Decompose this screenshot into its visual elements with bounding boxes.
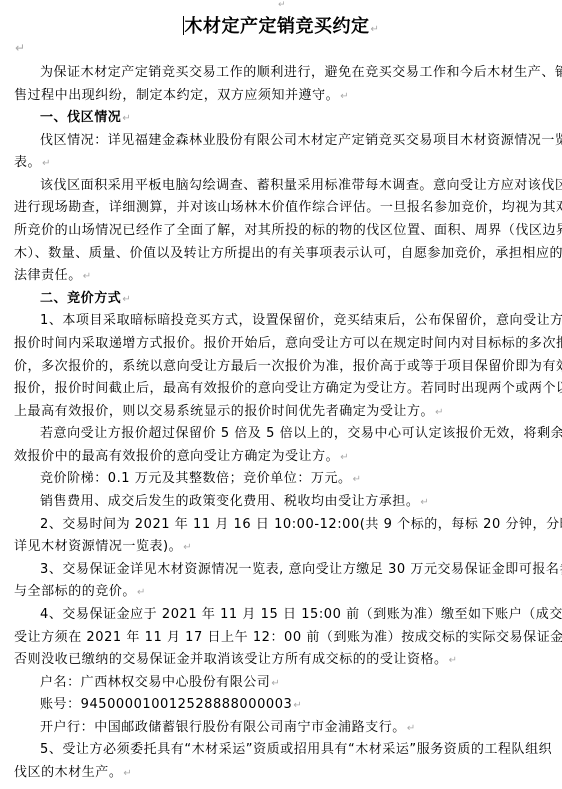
text-line[interactable]: 销售费用、成交后发生的政策变化费用、税收均由受让方承担。↵	[40, 493, 548, 512]
text-line[interactable]: 表。↵	[14, 154, 548, 173]
paragraph-mark-icon: ↵	[293, 700, 302, 711]
paragraph-mark-icon: ↵	[278, 0, 286, 10]
paragraph-mark-icon: ↵	[271, 678, 280, 689]
text-line[interactable]: 开户行：中国邮政储蓄银行股份有限公司南宁市金浦路支行。↵	[40, 719, 548, 738]
text-line[interactable]: 效报价中的最高有效报价的意向受让方确定为受让方。↵	[14, 448, 548, 467]
line-text: 该伐区面积采用平板电脑勾绘调查、蓄积量采用标准带每木调查。意向受让方应对该伐区	[40, 178, 562, 193]
section-heading[interactable]: 一、伐区情况↵	[40, 109, 548, 128]
line-text: 销售费用、成交后发生的政策变化费用、税收均由受让方承担。	[40, 494, 419, 509]
text-line[interactable]: 3、交易保证金详见木材资源情况一览表, 意向受让方缴足 30 万元交易保证金即可…	[40, 561, 548, 579]
line-text: 户名：广西林权交易中心股份有限公司	[40, 675, 270, 690]
line-text: 报价时间内采取递增方式报价。报价开始后，意向受让方可以在规定时间内对目标标的多次…	[14, 336, 562, 351]
line-text: 为保证木材定产定销竞买交易工作的顺利进行，避免在竞买交易工作和今后木材生产、销	[40, 65, 562, 80]
text-line[interactable]: 2、交易时间为 2021 年 11 月 16 日 10:00-12:00(共 9…	[40, 516, 548, 534]
text-line[interactable]: 受让方须在 2021 年 11 月 17 日上午 12：00 前（到账为准）按成…	[14, 629, 548, 647]
text-line[interactable]: 为保证木材定产定销竞买交易工作的顺利进行，避免在竞买交易工作和今后木材生产、销	[40, 64, 548, 82]
text-line[interactable]: 法律责任。↵	[14, 267, 548, 286]
text-line[interactable]: 伐区的木材生产。↵	[14, 764, 548, 783]
title-text: 木材定产定销竞买约定	[185, 16, 370, 37]
text-line[interactable]: 该伐区面积采用平板电脑勾绘调查、蓄积量采用标准带每木调查。意向受让方应对该伐区	[40, 177, 548, 195]
line-text: 价，多次报价的，系统以意向受让方最后一次报价为准，报价高于或等于项目保留价即为有…	[14, 359, 562, 374]
line-text: 若意向受让方报价超过保留价 5 倍及 5 倍以上的，交易中心可认定该报价无效，将…	[40, 426, 562, 441]
line-text: 一、伐区情况	[40, 110, 121, 125]
line-text: 法律责任。	[14, 268, 82, 283]
line-text: 进行现场勘查，详细测算，并对该山场林木价值作综合评估。一旦报名参加竞价，均视为其…	[14, 200, 562, 215]
line-text: 开户行：中国邮政储蓄银行股份有限公司南宁市金浦路支行。	[40, 720, 406, 735]
paragraph-mark-icon: ↵	[42, 158, 51, 169]
paragraph-mark-icon: ↵	[15, 41, 26, 55]
paragraph-mark-icon: ↵	[449, 655, 458, 666]
text-line[interactable]: 所竞价的山场情况已经作了全面了解，对其所投的标的物的伐区位置、面积、周界（伐区边…	[14, 222, 548, 240]
paragraph-mark-icon: ↵	[122, 294, 131, 305]
line-text: 报价，报价时间截止后，最高有效报价的意向受让方确定为受让方。若同时出现两个或两个…	[14, 381, 562, 396]
text-line[interactable]: 上最高有效报价，则以交易系统显示的报价时间优先者确定为受让方。↵	[14, 403, 548, 422]
text-line[interactable]: 报价，报价时间截止后，最高有效报价的意向受让方确定为受让方。若同时出现两个或两个…	[14, 380, 548, 398]
paragraph-mark-icon: ↵	[340, 452, 349, 463]
paragraph-mark-icon: ↵	[123, 768, 132, 779]
line-text: 3、交易保证金详见木材资源情况一览表, 意向受让方缴足 30 万元交易保证金即可…	[40, 562, 562, 577]
line-text: 上最高有效报价，则以交易系统显示的报价时间优先者确定为受让方。	[14, 404, 434, 419]
text-line[interactable]: 若意向受让方报价超过保留价 5 倍及 5 倍以上的，交易中心可认定该报价无效，将…	[40, 425, 548, 443]
document-page[interactable]: ↵ 木材定产定销竞买约定↵ ↵ 为保证木材定产定销竞买交易工作的顺利进行，避免在…	[0, 0, 562, 789]
text-line[interactable]: 否则没收已缴纳的交易保证金并取消该受让方所有成交标的的受让资格。↵	[14, 651, 548, 670]
text-line[interactable]: 木）、数量、质量、价值以及转让方所提出的有关事项表示认可，自愿参加竞价，承担相应…	[14, 245, 548, 263]
text-line[interactable]: 报价时间内采取递增方式报价。报价开始后，意向受让方可以在规定时间内对目标标的多次…	[14, 335, 548, 353]
line-text: 所竞价的山场情况已经作了全面了解，对其所投的标的物的伐区位置、面积、周界（伐区边…	[14, 223, 562, 238]
text-line[interactable]: 5、受让方必须委托具有“木材采运”资质或招用具有“木材采运”服务资质的工程队组织	[40, 741, 548, 759]
paragraph-mark-icon: ↵	[122, 113, 131, 124]
line-text: 木）、数量、质量、价值以及转让方所提出的有关事项表示认可，自愿参加竞价，承担相应…	[14, 246, 562, 261]
paragraph-mark-icon: ↵	[435, 407, 444, 418]
paragraph-mark-icon: ↵	[83, 271, 92, 282]
line-text: 否则没收已缴纳的交易保证金并取消该受让方所有成交标的的受让资格。	[14, 652, 448, 667]
line-text: 2、交易时间为 2021 年 11 月 16 日 10:00-12:00(共 9…	[40, 517, 562, 532]
text-line[interactable]: 4、交易保证金应于 2021 年 11 月 15 日 15:00 前（到账为准）…	[40, 606, 548, 624]
line-text: 1、本项目采取暗标暗投竞买方式，设置保留价，竞买结束后，公布保留价，意向受让方在	[40, 313, 562, 328]
text-line[interactable]: 详见木材资源情况一览表)。↵	[14, 538, 548, 557]
line-text: 账号：945000010012528888000003	[40, 697, 292, 712]
paragraph-mark-icon: ↵	[340, 91, 349, 102]
line-text: 详见木材资源情况一览表)。	[14, 539, 182, 554]
text-line[interactable]: 伐区情况：详见福建金森林业股份有限公司木材定产定销竞买交易项目木材资源情况一览	[40, 132, 548, 150]
text-line[interactable]: 进行现场勘查，详细测算，并对该山场林木价值作综合评估。一旦报名参加竞价，均视为其…	[14, 199, 548, 217]
text-line[interactable]: 户名：广西林权交易中心股份有限公司↵	[40, 674, 548, 693]
text-line[interactable]: 与全部标的的竞价。↵	[14, 583, 548, 602]
text-line[interactable]: 售过程中出现纠纷，制定本约定，双方应须知并遵守。↵	[14, 87, 548, 106]
paragraph-mark-icon: ↵	[371, 24, 380, 35]
paragraph-mark-icon: ↵	[183, 542, 192, 553]
paragraph-mark-icon: ↵	[420, 497, 429, 508]
empty-paragraph[interactable]: ↵	[14, 39, 548, 58]
line-text: 与全部标的的竞价。	[14, 584, 136, 599]
line-text: 售过程中出现纠纷，制定本约定，双方应须知并遵守。	[14, 88, 339, 103]
paragraph-mark-icon: ↵	[353, 474, 362, 485]
line-text: 效报价中的最高有效报价的意向受让方确定为受让方。	[14, 449, 339, 464]
line-text: 表。	[14, 155, 41, 170]
line-text: 伐区情况：详见福建金森林业股份有限公司木材定产定销竞买交易项目木材资源情况一览	[40, 133, 562, 148]
text-line[interactable]: 账号：945000010012528888000003↵	[40, 696, 548, 715]
line-text: 4、交易保证金应于 2021 年 11 月 15 日 15:00 前（到账为准）…	[40, 607, 562, 622]
line-text: 伐区的木材生产。	[14, 765, 122, 780]
line-text: 二、竞价方式	[40, 291, 121, 306]
line-text: 竞价阶梯：0.1 万元及其整数倍；竞价单位：万元。	[40, 471, 352, 486]
line-text: 5、受让方必须委托具有“木材采运”资质或招用具有“木材采运”服务资质的工程队组织	[40, 742, 552, 757]
text-line[interactable]: 价，多次报价的，系统以意向受让方最后一次报价为准，报价高于或等于项目保留价即为有…	[14, 358, 548, 376]
text-cursor	[183, 16, 184, 35]
text-line[interactable]: 1、本项目采取暗标暗投竞买方式，设置保留价，竞买结束后，公布保留价，意向受让方在	[40, 312, 548, 330]
section-heading[interactable]: 二、竞价方式↵	[40, 290, 548, 309]
paragraph-mark-icon: ↵	[137, 587, 146, 598]
text-line[interactable]: 竞价阶梯：0.1 万元及其整数倍；竞价单位：万元。↵	[40, 470, 548, 489]
document-title[interactable]: 木材定产定销竞买约定↵	[0, 16, 562, 41]
line-text: 受让方须在 2021 年 11 月 17 日上午 12：00 前（到账为准）按成…	[14, 630, 562, 645]
paragraph-mark-icon: ↵	[407, 723, 416, 734]
